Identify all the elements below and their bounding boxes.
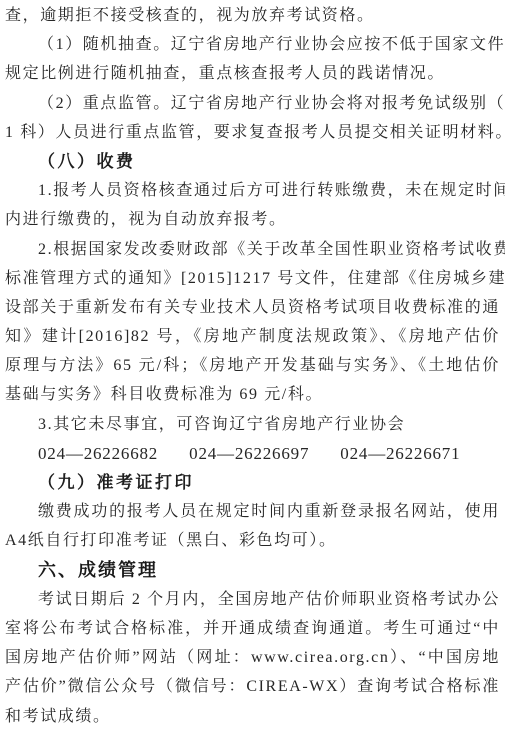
text-line: 原理与方法》65 元/科；《房地产开发基础与实务》、《土地估价 (5, 351, 500, 380)
subsection-heading: （九）准考证打印 (5, 468, 500, 497)
text-line: 考试日期后 2 个月内，全国房地产估价师职业资格考试办公 (5, 585, 500, 614)
subsection-heading: （八）收费 (5, 147, 500, 176)
text-line: 缴费成功的报考人员在规定时间内重新登录报名网站，使用 (5, 497, 500, 526)
text-line: A4纸自行打印准考证（黑白、彩色均可）。 (5, 526, 500, 555)
text-line: 知》建计[2016]82 号，《房地产制度法规政策》、《房地产估价 (5, 322, 500, 351)
text-line: 基础与实务》科目收费标准为 69 元/科。 (5, 380, 500, 409)
text-line: 和考试成绩。 (5, 702, 500, 731)
text-line: 设部关于重新发布有关专业技术人员资格考试项目收费标准的通 (5, 293, 500, 322)
phone-numbers-line: 024—26226682 024—26226697 024—26226671 (5, 439, 500, 468)
text-line: （2）重点监管。辽宁省房地产行业协会将对报考免试级别（免 (5, 89, 500, 118)
text-line: 室将公布考试合格标准，并开通成绩查询通道。考生可通过“中 (5, 614, 500, 643)
text-line: 内进行缴费的，视为自动放弃报考。 (5, 205, 500, 234)
text-line: 产估价”微信公众号（微信号：CIREA-WX）查询考试合格标准 (5, 672, 500, 701)
text-line: （1）随机抽查。辽宁省房地产行业协会应按不低于国家文件 (5, 30, 500, 59)
document-page: 查，逾期拒不接受核查的，视为放弃考试资格。（1）随机抽查。辽宁省房地产行业协会应… (0, 0, 505, 731)
document-body: 查，逾期拒不接受核查的，视为放弃考试资格。（1）随机抽查。辽宁省房地产行业协会应… (5, 1, 500, 731)
text-line: 1 科）人员进行重点监管，要求复查报考人员提交相关证明材料。 (5, 118, 500, 147)
section-heading: 六、成绩管理 (5, 556, 500, 585)
text-line: 3.其它未尽事宜，可咨询辽宁省房地产行业协会 (5, 410, 500, 439)
text-line: 2.根据国家发改委财政部《关于改革全国性职业资格考试收费 (5, 235, 500, 264)
text-line: 标准管理方式的通知》[2015]1217 号文件，住建部《住房城乡建 (5, 264, 500, 293)
text-line: 查，逾期拒不接受核查的，视为放弃考试资格。 (5, 1, 500, 30)
text-line: 1.报考人员资格核查通过后方可进行转账缴费，未在规定时间 (5, 176, 500, 205)
text-line: 规定比例进行随机抽查，重点核查报考人员的践诺情况。 (5, 59, 500, 88)
text-line: 国房地产估价师”网站（网址：www.cirea.org.cn）、“中国房地 (5, 643, 500, 672)
